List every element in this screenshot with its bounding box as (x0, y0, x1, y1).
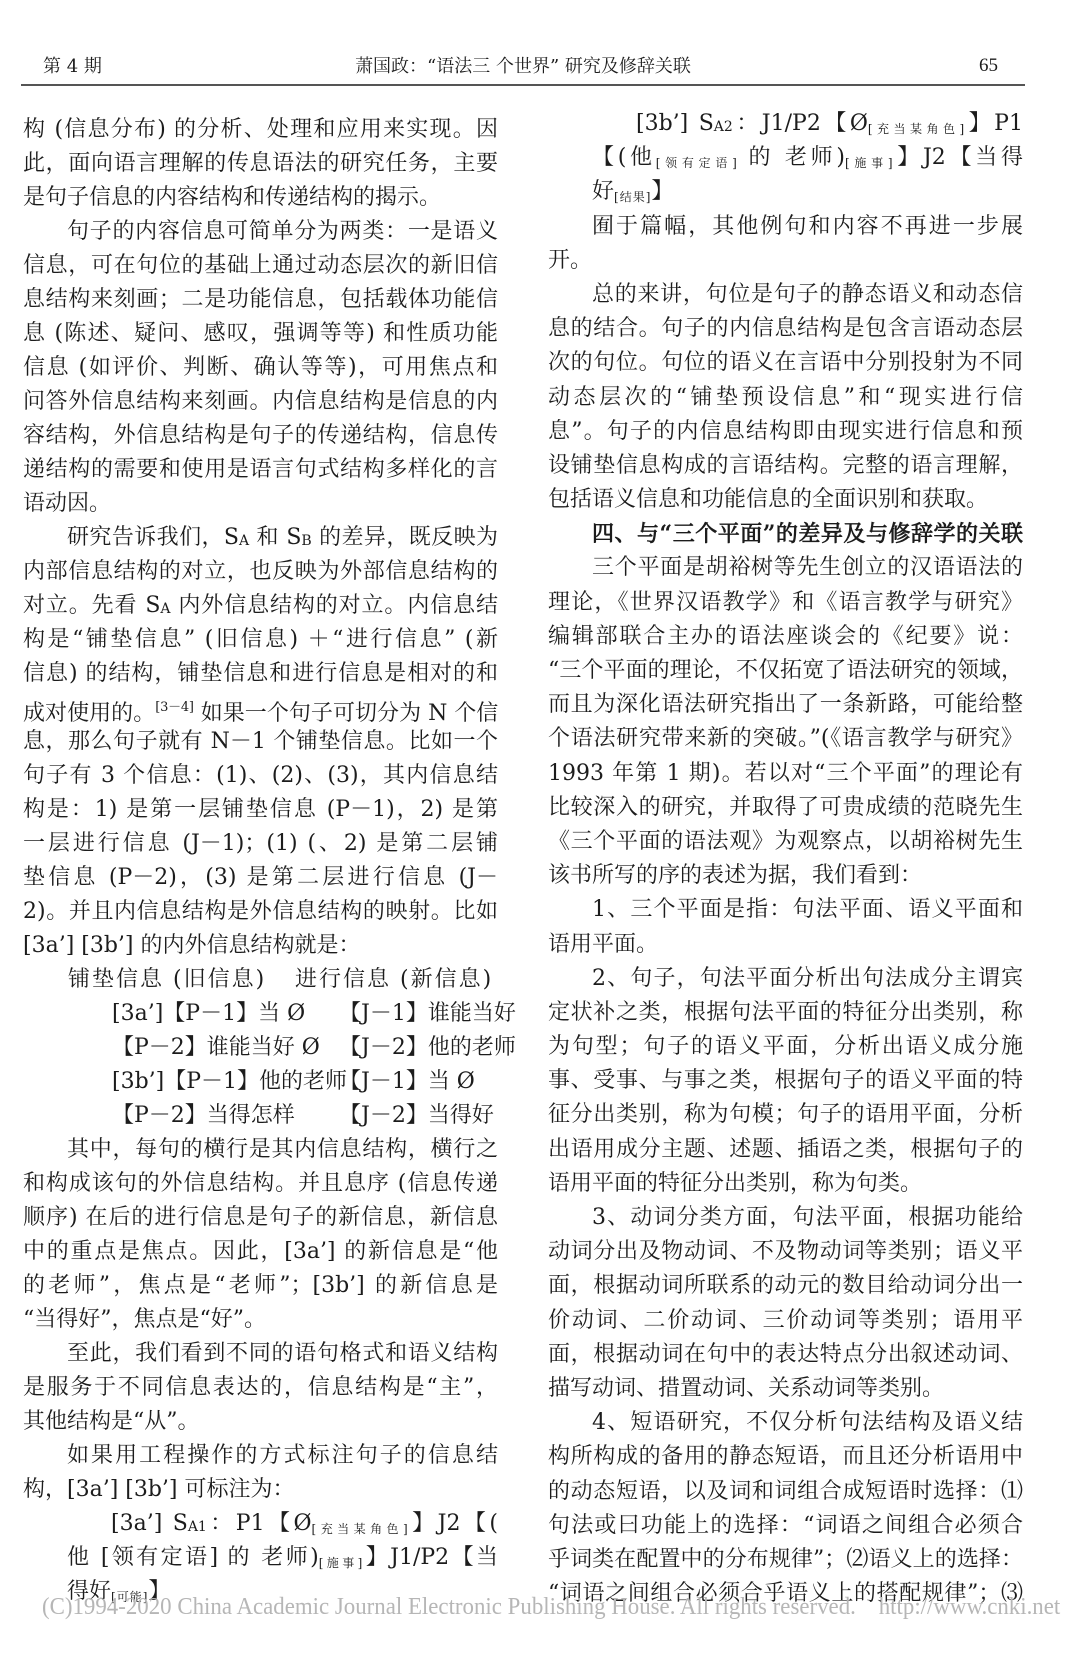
text-run: “三个平面的理论，不仅拓宽了语法研究的领域， (548, 658, 1023, 683)
role-annotation: [领有定语] (656, 156, 738, 170)
text-line: 句子的内容信息可简单分为两类：一是语义 (23, 215, 498, 249)
text-line: 1、三个平面是指：句法平面、语义平面和 (548, 893, 1023, 927)
paving-info-cell: 【P－2】谁能当好 Ø (112, 1031, 320, 1065)
text-run: 问答外信息结构来刻画。内信息结构是信息的内 (23, 389, 498, 414)
text-run: 设铺垫信息构成的言语结构。完整的语言理解， (548, 453, 1023, 478)
text-run: 总的来讲，句位是句子的静态语义和动态信 (592, 282, 1023, 307)
text-run: 】J1/P2【当 (363, 1545, 498, 1570)
text-line: 好[结果]】 (548, 175, 1023, 209)
info-structure-table: 铺垫信息 (旧信息)进行信息 (新信息)[3a’]【P－1】当 Ø【J－1】谁能… (23, 963, 498, 1133)
text-run: 构是“铺垫信息” (旧信息) ＋“进行信息” (新 (23, 627, 498, 652)
header-rule (21, 84, 1025, 86)
right-column: [3b’] SA2：J1/P2【Ø[充当某角色]】P1【(他[领有定语] 的 老… (548, 107, 1023, 1611)
text-line: 是服务于不同信息表达的，信息结构是“主”， (23, 1371, 498, 1405)
text-run: 是服务于不同信息表达的，信息结构是“主”， (23, 1375, 498, 1400)
text-run: 出语用成分主题、述题、插语之类，根据句子的 (548, 1137, 1023, 1162)
text-line: 息，那么句子就有 N－1 个铺垫信息。比如一个 (23, 725, 498, 759)
text-line: 成对使用的。[3－4] 如果一个句子可切分为 N 个信 (23, 691, 498, 725)
text-run: [3a’] [3b’] 的内外信息结构就是： (23, 933, 361, 958)
text-run: 2)。并且内信息结构是外信息结构的映射。比如 (23, 899, 498, 924)
paragraph: 其中，每句的横行是其内信息结构，横行之和构成该句的外信息结构。并且息序 (信息传… (23, 1133, 498, 1337)
text-line: 比较深入的研究，并取得了可贵成绩的范晓先生 (548, 791, 1023, 825)
text-line: 动词分出及物动词、不及物动词等类别；语义平 (548, 1235, 1023, 1269)
annotated-example: [3b’] SA2：J1/P2【Ø[充当某角色]】P1【(他[领有定语] 的 老… (548, 107, 1023, 210)
text-run: 动态层次的“铺垫预设信息”和“现实进行信 (548, 385, 1023, 410)
text-line: 理论，《世界汉语教学》和《语言教学与研究》 (548, 586, 1023, 620)
column-header: 铺垫信息 (旧信息) (68, 963, 266, 997)
text-run: 如果一个句子可切分为 N 个信 (194, 701, 498, 726)
text-run: 】 (651, 179, 673, 204)
subscript: B (301, 533, 311, 549)
text-run: 构是：1) 是第一层铺垫信息 (P－1)，2) 是第 (23, 797, 498, 822)
text-run: 其中，每句的横行是其内信息结构，横行之 (67, 1137, 498, 1162)
text-line: 语用平面。 (548, 928, 1023, 962)
text-line: 定状补之类，根据句法平面的特征分出类别，称 (548, 996, 1023, 1030)
subscript: A (160, 601, 170, 617)
left-column: 构 (信息分布) 的分析、处理和应用来实现。因此，面向语言理解的传息语法的研究任… (23, 113, 498, 1609)
text-line: 事、受事、与事之类，根据句子的语义平面的特 (548, 1064, 1023, 1098)
citation-superscript: [3－4] (155, 700, 193, 715)
text-run: 息的结合。句子的内信息结构是包含言语动态层 (548, 316, 1023, 341)
subscript: A1 (188, 1519, 207, 1535)
text-line: 为句型；句子的语义平面，分析出语义成分施 (548, 1030, 1023, 1064)
text-run: 《三个平面的语法观》为观察点，以胡裕树先生 (548, 829, 1023, 854)
role-annotation: [结果] (614, 190, 651, 204)
text-run: 语用平面的特征分出类别，称为句类。 (548, 1171, 922, 1196)
paragraph: 3、动词分类方面，句法平面，根据功能给动词分出及物动词、不及物动词等类别；语义平… (548, 1201, 1023, 1406)
paragraph: 1、三个平面是指：句法平面、语义平面和语用平面。 (548, 893, 1023, 961)
text-line: 构 (信息分布) 的分析、处理和应用来实现。因 (23, 113, 498, 147)
text-line: 描写动词、措置动词、关系动词等类别。 (548, 1372, 1023, 1406)
text-run: 乎词类在配置中的分布规律”；⑵语义上的选择： (548, 1547, 1023, 1572)
text-run: 和 S (249, 525, 301, 550)
text-line: 【(他[领有定语] 的 老师)[施事]】J2【当得 (548, 141, 1023, 175)
text-line: 他 [领有定语] 的 老师)[施事]】J1/P2【当 (23, 1541, 498, 1575)
text-run: 如果用工程操作的方式标注句子的信息结 (67, 1443, 498, 1468)
text-run: 顺序) 在后的进行信息是句子的新信息，新信息 (23, 1205, 498, 1230)
text-run: 息 (陈述、疑问、感叹，强调等等) 和性质功能 (23, 321, 498, 346)
text-line: 3、动词分类方面，句法平面，根据功能给 (548, 1201, 1023, 1235)
text-line: 2、句子，句法平面分析出句法成分主谓宾 (548, 962, 1023, 996)
table-row: 【P－2】当得怎样【J－2】当得好 (23, 1099, 498, 1133)
text-line: 4、短语研究，不仅分析句法结构及语义结 (548, 1406, 1023, 1440)
text-line: 编辑部联合主办的语法座谈会的《纪要》说： (548, 620, 1023, 654)
text-line: 征分出类别，称为句模；句子的语用平面，分析 (548, 1098, 1023, 1132)
text-run: 他 [领有定语] 的 老师) (67, 1545, 319, 1570)
text-line: 设铺垫信息构成的言语结构。完整的语言理解， (548, 449, 1023, 483)
text-run: 构所构成的备用的静态短语，而且还分析语用中 (548, 1444, 1023, 1469)
paragraph: 4、短语研究，不仅分析句法结构及语义结构所构成的备用的静态短语，而且还分析语用中… (548, 1406, 1023, 1611)
paragraph: 构 (信息分布) 的分析、处理和应用来实现。因此，面向语言理解的传息语法的研究任… (23, 113, 498, 215)
text-run: 句子的内容信息可简单分为两类：一是语义 (67, 219, 498, 244)
text-line: 顺序) 在后的进行信息是句子的新信息，新信息 (23, 1201, 498, 1235)
text-line: 息”。句子的内信息结构即由现实进行信息和预 (548, 415, 1023, 449)
text-line: [3b’] SA2：J1/P2【Ø[充当某角色]】P1 (548, 107, 1023, 141)
text-line: 该书所写的序的表述为据，我们看到： (548, 859, 1023, 893)
text-run: 四、与“三个平面”的差异及与修辞学的关联 (592, 521, 1023, 547)
example-label: [3b’] (112, 1069, 164, 1094)
example-label: [3a’] (112, 1001, 163, 1026)
text-run: 递结构的需要和使用是语言句式结构多样化的言 (23, 457, 498, 482)
text-line: 内部信息结构的对立，也反映为外部信息结构的 (23, 555, 498, 589)
progress-info: 【J－1】谁能当好 (339, 997, 516, 1031)
text-run: 个语法研究带来新的突破。”(《语言教学与研究》 (548, 726, 1023, 751)
paragraph: 总的来讲，句位是句子的静态语义和动态信息的结合。句子的内信息结构是包含言语动态层… (548, 278, 1023, 517)
paragraph: 句子的内容信息可简单分为两类：一是语义信息，可在句位的基础上通过动态层次的新旧信… (23, 215, 498, 521)
text-line: 容结构，外信息结构是句子的传递结构，信息传 (23, 419, 498, 453)
text-run: 内外信息结构的对立。内信息结 (171, 593, 498, 618)
text-run: 1993 年第 1 期)。若以对“三个平面”的理论有 (548, 761, 1023, 786)
text-run: [3a’] S (111, 1511, 188, 1536)
text-run: 】J2【当得 (894, 145, 1023, 170)
text-run: ：P1【Ø (207, 1511, 312, 1536)
text-line: 构，[3a’] [3b’] 可标注为： (23, 1473, 498, 1507)
text-line: 而且为深化语法研究指出了一条新路，可能给整 (548, 688, 1023, 722)
text-run: 1、三个平面是指：句法平面、语义平面和 (592, 897, 1023, 922)
text-line: 垫信息 (P－2)，(3) 是第二层进行信息 (J－ (23, 861, 498, 895)
text-run: 的动态短语，以及词和词组合成短语时选择：⑴ (548, 1479, 1023, 1504)
text-line: 息的结合。句子的内信息结构是包含言语动态层 (548, 312, 1023, 346)
paving-info-cell: [3b’]【P－1】他的老师 (112, 1065, 347, 1099)
text-line: 句子有 3 个信息：(1)、(2)、(3)，其内信息结 (23, 759, 498, 793)
text-line: “当得好”，焦点是“好”。 (23, 1303, 498, 1337)
section-heading: 四、与“三个平面”的差异及与修辞学的关联 (548, 517, 1023, 551)
text-run: 垫信息 (P－2)，(3) 是第二层进行信息 (J－ (23, 865, 498, 890)
text-run: 此，面向语言理解的传息语法的研究任务，主要 (23, 151, 498, 176)
text-run: 息，那么句子就有 N－1 个铺垫信息。比如一个 (23, 729, 498, 754)
text-run: 是句子信息的内容结构和传递结构的揭示。 (23, 185, 441, 210)
text-run: 开。 (548, 248, 592, 273)
table-row: [3a’]【P－1】当 Ø【J－1】谁能当好 (23, 997, 498, 1031)
text-line: 构是：1) 是第一层铺垫信息 (P－1)，2) 是第 (23, 793, 498, 827)
text-line: 构所构成的备用的静态短语，而且还分析语用中 (548, 1440, 1023, 1474)
text-run: 的 老师) (738, 145, 845, 170)
paragraph: 2、句子，句法平面分析出句法成分主谓宾定状补之类，根据句法平面的特征分出类别，称… (548, 962, 1023, 1201)
running-title: 萧国政：“语法三 个世界” 研究及修辞关联 (21, 56, 1025, 78)
text-line: 开。 (548, 244, 1023, 278)
text-line: 句法或曰功能上的选择：“词语之间组合必须合 (548, 1509, 1023, 1543)
text-run: 句法或曰功能上的选择：“词语之间组合必须合 (548, 1513, 1023, 1538)
text-run: 信息 (如评价、判断、确认等等)，可用焦点和 (23, 355, 498, 380)
text-line: 三个平面是胡裕树等先生创立的汉语语法的 (548, 551, 1023, 585)
text-run: 构 (信息分布) 的分析、处理和应用来实现。因 (23, 117, 498, 142)
text-run: 中的重点是焦点。因此，[3a’] 的新信息是“他 (23, 1239, 498, 1264)
text-run: 三个平面是胡裕树等先生创立的汉语语法的 (592, 555, 1023, 580)
text-line: 面，根据动词在句中的表达特点分出叙述动词、 (548, 1338, 1023, 1372)
table-header-row: 铺垫信息 (旧信息)进行信息 (新信息) (23, 963, 498, 997)
table-row: 【P－2】谁能当好 Ø【J－2】他的老师 (23, 1031, 498, 1065)
text-run: 的差异，既反映为 (312, 525, 498, 550)
text-run: 定状补之类，根据句法平面的特征分出类别，称 (548, 1000, 1023, 1025)
progress-info: 【J－2】当得好 (339, 1099, 494, 1133)
text-run: “当得好”，焦点是“好”。 (23, 1307, 266, 1332)
paving-info: 【P－2】谁能当好 Ø (112, 1035, 320, 1060)
text-run: 事、受事、与事之类，根据句子的语义平面的特 (548, 1068, 1023, 1093)
text-line: 2)。并且内信息结构是外信息结构的映射。比如 (23, 895, 498, 929)
text-line: 构是“铺垫信息” (旧信息) ＋“进行信息” (新 (23, 623, 498, 657)
text-run: 】P1 (965, 111, 1023, 136)
table-row: [3b’]【P－1】他的老师【J－1】当 Ø (23, 1065, 498, 1099)
text-run: 信息) 的结构，铺垫信息和进行信息是相对的和 (23, 661, 498, 686)
text-line: [3a’] [3b’] 的内外信息结构就是： (23, 929, 498, 963)
text-line: 出语用成分主题、述题、插语之类，根据句子的 (548, 1133, 1023, 1167)
text-run: 至此，我们看到不同的语句格式和语义结构 (67, 1341, 498, 1366)
journal-page: { "colors": { "text": "#1c1c1c", "rule":… (0, 0, 1080, 1663)
text-line: 对立。先看 SA 内外信息结构的对立。内信息结 (23, 589, 498, 623)
text-run: 征分出类别，称为句模；句子的语用平面，分析 (548, 1102, 1023, 1127)
text-line: 此，面向语言理解的传息语法的研究任务，主要 (23, 147, 498, 181)
paragraph: 至此，我们看到不同的语句格式和语义结构是服务于不同信息表达的，信息结构是“主”，… (23, 1337, 498, 1439)
paving-info: 【P－2】当得怎样 (112, 1103, 295, 1128)
text-line: 其中，每句的横行是其内信息结构，横行之 (23, 1133, 498, 1167)
column-header: 进行信息 (新信息) (295, 963, 493, 997)
text-run: 动词分出及物动词、不及物动词等类别；语义平 (548, 1239, 1023, 1264)
text-run: ：J1/P2【Ø (733, 111, 868, 136)
copyright-watermark: (C)1994-2020 China Academic Journal Elec… (42, 1592, 1060, 1622)
subscript: A2 (714, 119, 733, 135)
subscript: A (239, 533, 249, 549)
text-line: 信息，可在句位的基础上通过动态层次的新旧信 (23, 249, 498, 283)
text-line: 的动态短语，以及词和词组合成短语时选择：⑴ (548, 1475, 1023, 1509)
text-line: 包括语义信息和功能信息的全面识别和获取。 (548, 483, 1023, 517)
text-line: 至此，我们看到不同的语句格式和语义结构 (23, 1337, 498, 1371)
text-line: 四、与“三个平面”的差异及与修辞学的关联 (548, 517, 1023, 551)
text-line: 是句子信息的内容结构和传递结构的揭示。 (23, 181, 498, 215)
text-line: 次的句位。句位的语义在言语中分别投射为不同 (548, 346, 1023, 380)
text-run: 成对使用的。 (23, 701, 155, 726)
page-number: 65 (979, 55, 998, 77)
text-line: 中的重点是焦点。因此，[3a’] 的新信息是“他 (23, 1235, 498, 1269)
text-line: 一层进行信息 (J－1)；(1) (、2) 是第二层铺 (23, 827, 498, 861)
text-run: 研究告诉我们，S (67, 525, 239, 550)
text-run: 和构成该句的外信息结构。并且息序 (信息传递 (23, 1171, 498, 1196)
text-run: 对立。先看 S (23, 593, 160, 618)
text-run: 一层进行信息 (J－1)；(1) (、2) 是第二层铺 (23, 831, 498, 856)
text-run: 好 (592, 179, 614, 204)
text-line: 递结构的需要和使用是语言句式结构多样化的言 (23, 453, 498, 487)
text-run: 描写动词、措置动词、关系动词等类别。 (548, 1376, 944, 1401)
text-line: 个语法研究带来新的突破。”(《语言教学与研究》 (548, 722, 1023, 756)
text-run: 其他结构是“从”。 (23, 1409, 200, 1434)
paving-info-cell: 【P－2】当得怎样 (112, 1099, 295, 1133)
text-run: 包括语义信息和功能信息的全面识别和获取。 (548, 487, 988, 512)
running-header: 第 4 期 萧国政：“语法三 个世界” 研究及修辞关联 65 (21, 0, 1025, 88)
progress-info: 【J－2】他的老师 (339, 1031, 516, 1065)
text-line: 语用平面的特征分出类别，称为句类。 (548, 1167, 1023, 1201)
text-run: 比较深入的研究，并取得了可贵成绩的范晓先生 (548, 795, 1023, 820)
text-line: 息 (陈述、疑问、感叹，强调等等) 和性质功能 (23, 317, 498, 351)
text-line: 问答外信息结构来刻画。内信息结构是信息的内 (23, 385, 498, 419)
text-run: 4、短语研究，不仅分析句法结构及语义结 (592, 1410, 1023, 1435)
text-run: 构，[3a’] [3b’] 可标注为： (23, 1477, 295, 1502)
text-run: 面，根据动词所联系的动元的数目给动词分出一 (548, 1273, 1023, 1298)
text-line: 1993 年第 1 期)。若以对“三个平面”的理论有 (548, 757, 1023, 791)
text-run: 内部信息结构的对立，也反映为外部信息结构的 (23, 559, 498, 584)
text-line: 囿于篇幅，其他例句和内容不再进一步展 (548, 210, 1023, 244)
role-annotation: [充当某角色] (312, 1522, 409, 1536)
text-line: 信息 (如评价、判断、确认等等)，可用焦点和 (23, 351, 498, 385)
text-run: 面，根据动词在句中的表达特点分出叙述动词、 (548, 1342, 1023, 1367)
text-run: 息结构来刻画；二是功能信息，包括载体功能信 (23, 287, 498, 312)
text-run: 次的句位。句位的语义在言语中分别投射为不同 (548, 350, 1023, 375)
text-line: 和构成该句的外信息结构。并且息序 (信息传递 (23, 1167, 498, 1201)
text-run: 】J2【( (409, 1511, 498, 1536)
text-run: 3、动词分类方面，句法平面，根据功能给 (592, 1205, 1023, 1230)
text-line: 其他结构是“从”。 (23, 1405, 498, 1439)
text-line: 语动因。 (23, 487, 498, 521)
text-line: 面，根据动词所联系的动元的数目给动词分出一 (548, 1269, 1023, 1303)
text-line: 如果用工程操作的方式标注句子的信息结 (23, 1439, 498, 1473)
paving-info: 【P－1】当 Ø (163, 1001, 305, 1026)
text-run: 而且为深化语法研究指出了一条新路，可能给整 (548, 692, 1023, 717)
text-run: 的老师”，焦点是“老师”；[3b’] 的新信息是 (23, 1273, 498, 1298)
text-run: 句子有 3 个信息：(1)、(2)、(3)，其内信息结 (23, 763, 498, 788)
paving-info: 【P－1】他的老师 (164, 1069, 347, 1094)
text-run: [3b’] S (636, 111, 714, 136)
progress-info: 【J－1】当 Ø (339, 1065, 475, 1099)
role-annotation: [施事] (319, 1556, 364, 1570)
text-line: [3a’] SA1：P1【Ø[充当某角色]】J2【( (23, 1507, 498, 1541)
text-run: 2、句子，句法平面分析出句法成分主谓宾 (592, 966, 1023, 991)
role-annotation: [施事] (845, 156, 894, 170)
text-line: 的老师”，焦点是“老师”；[3b’] 的新信息是 (23, 1269, 498, 1303)
text-run: 编辑部联合主办的语法座谈会的《纪要》说： (548, 624, 1023, 649)
text-line: 总的来讲，句位是句子的静态语义和动态信 (548, 278, 1023, 312)
text-run: 价动词、二价动词、三价动词等类别；语用平 (548, 1308, 1023, 1333)
text-line: 《三个平面的语法观》为观察点，以胡裕树先生 (548, 825, 1023, 859)
text-run: 语动因。 (23, 491, 111, 516)
text-line: 信息) 的结构，铺垫信息和进行信息是相对的和 (23, 657, 498, 691)
text-run: 【(他 (592, 145, 656, 170)
paragraph: 研究告诉我们，SA 和 SB 的差异，既反映为内部信息结构的对立，也反映为外部信… (23, 521, 498, 963)
role-annotation: [充当某角色] (868, 122, 965, 136)
text-run: 该书所写的序的表述为据，我们看到： (548, 863, 922, 888)
text-line: 乎词类在配置中的分布规律”；⑵语义上的选择： (548, 1543, 1023, 1577)
text-line: 息结构来刻画；二是功能信息，包括载体功能信 (23, 283, 498, 317)
text-run: 信息，可在句位的基础上通过动态层次的新旧信 (23, 253, 498, 278)
paragraph: 如果用工程操作的方式标注句子的信息结构，[3a’] [3b’] 可标注为： (23, 1439, 498, 1507)
text-line: “三个平面的理论，不仅拓宽了语法研究的领域， (548, 654, 1023, 688)
paragraph: 三个平面是胡裕树等先生创立的汉语语法的理论，《世界汉语教学》和《语言教学与研究》… (548, 551, 1023, 893)
text-run: 为句型；句子的语义平面，分析出语义成分施 (548, 1034, 1023, 1059)
text-run: 理论，《世界汉语教学》和《语言教学与研究》 (548, 590, 1023, 615)
text-line: 价动词、二价动词、三价动词等类别；语用平 (548, 1304, 1023, 1338)
text-line: 研究告诉我们，SA 和 SB 的差异，既反映为 (23, 521, 498, 555)
paving-info-cell: [3a’]【P－1】当 Ø (112, 997, 305, 1031)
text-run: 囿于篇幅，其他例句和内容不再进一步展 (592, 214, 1023, 239)
text-run: 息”。句子的内信息结构即由现实进行信息和预 (548, 419, 1023, 444)
text-line: 动态层次的“铺垫预设信息”和“现实进行信 (548, 381, 1023, 415)
text-run: 语用平面。 (548, 932, 658, 957)
text-run: 容结构，外信息结构是句子的传递结构，信息传 (23, 423, 498, 448)
paragraph: 囿于篇幅，其他例句和内容不再进一步展开。 (548, 210, 1023, 278)
